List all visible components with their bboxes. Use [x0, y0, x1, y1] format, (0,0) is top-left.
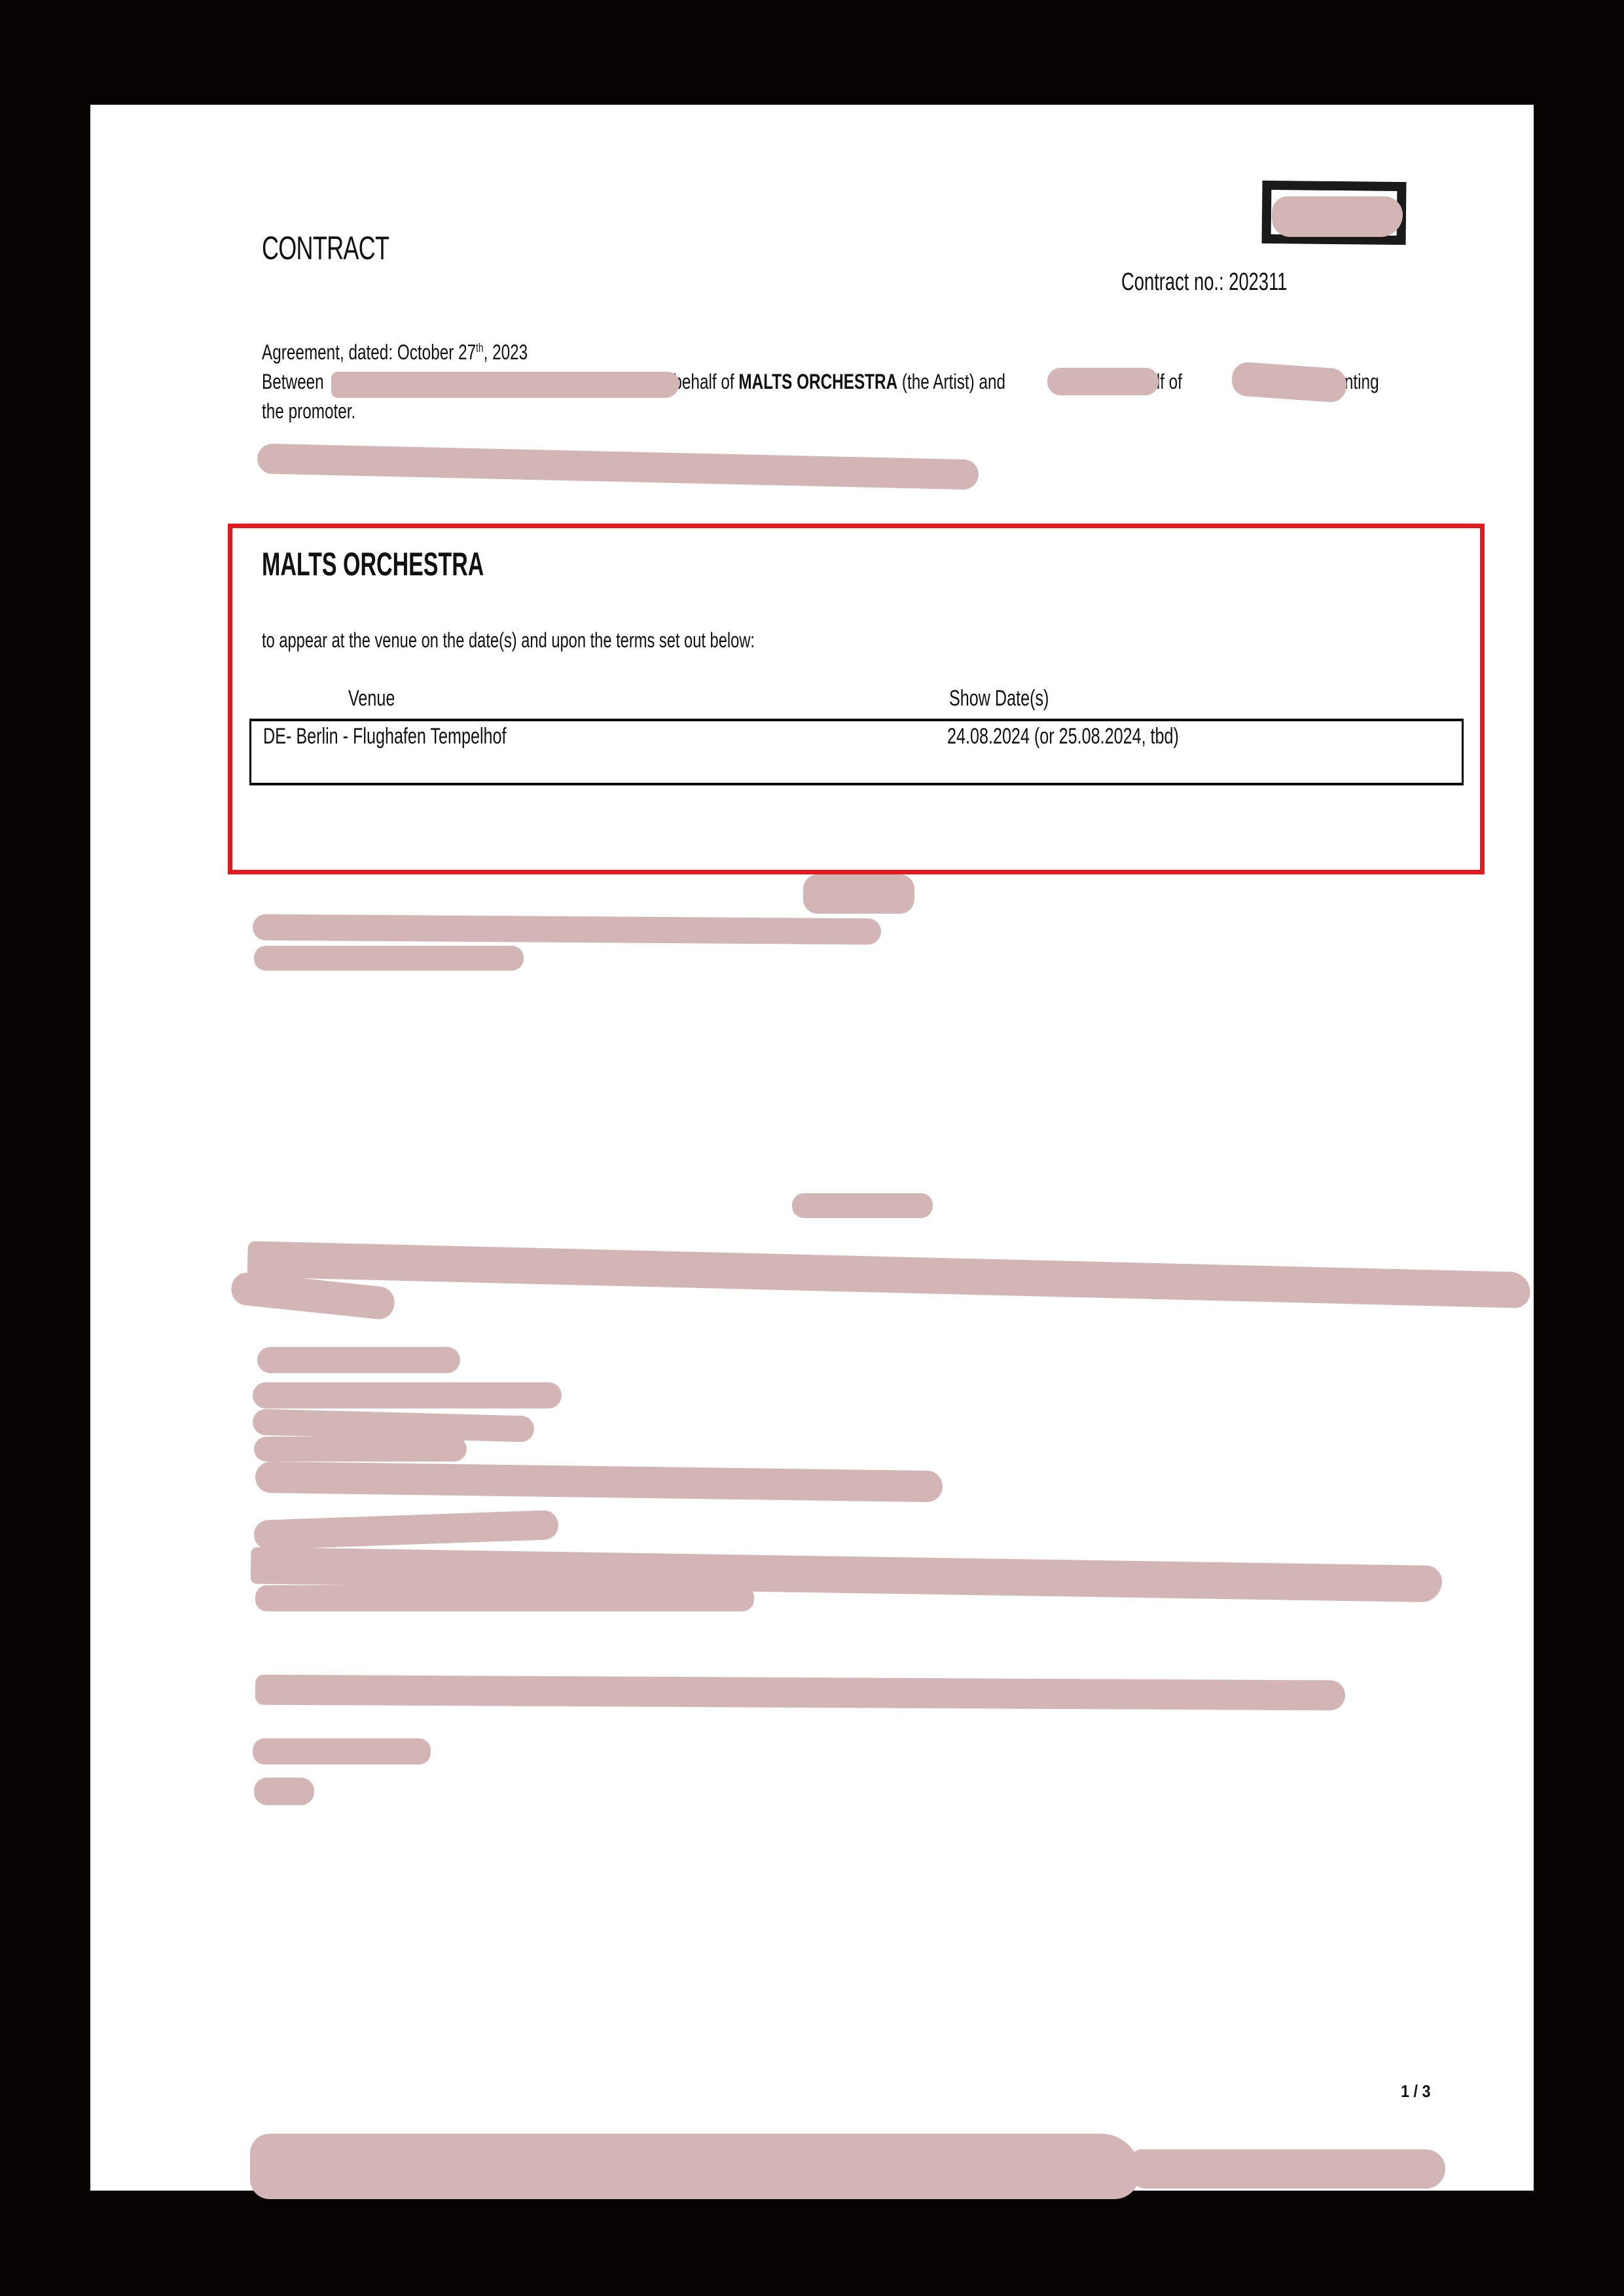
redaction: [257, 1347, 460, 1373]
contract-number: Contract no.: 202311: [1121, 268, 1352, 296]
page-indicator: 1 / 3: [1401, 2081, 1434, 2102]
redaction: [255, 1675, 1345, 1711]
redacted-engagement-line: [257, 444, 979, 490]
agreement-date: Agreement, dated: October 27th, 2023: [262, 340, 611, 365]
redaction: [253, 1382, 562, 1408]
redacted-footer: [250, 2134, 1140, 2199]
redaction: [253, 1510, 558, 1550]
redacted-party-1: [331, 372, 679, 398]
document-title: CONTRACT: [262, 229, 439, 267]
column-header-venue: Venue: [348, 686, 411, 711]
redaction: [803, 874, 914, 914]
artist-heading: MALTS ORCHESTRA: [262, 545, 588, 583]
redaction: [254, 1778, 314, 1805]
redaction: [254, 946, 524, 971]
column-header-show-dates: Show Date(s): [949, 686, 1084, 711]
redacted-party-2: [1047, 368, 1159, 395]
redacted-section-heading: [792, 1193, 933, 1218]
table-cell-venue: DE- Berlin - Flughafen Tempelhof: [263, 724, 592, 749]
redacted-logo: [1272, 196, 1403, 237]
redacted-footer: [1131, 2149, 1445, 2189]
redaction: [255, 1462, 943, 1503]
redaction: [253, 1738, 431, 1765]
promoter-line: the promoter.: [262, 399, 386, 423]
redaction: [255, 1585, 754, 1611]
redacted-party-3: [1231, 361, 1347, 403]
artist-name-inline: MALTS ORCHESTRA: [738, 370, 897, 393]
redaction: [253, 914, 881, 945]
redaction: [247, 1241, 1531, 1308]
document-page: CONTRACT Contract no.: 202311 Agreement,…: [90, 105, 1534, 2191]
table-cell-show-dates: 24.08.2024 (or 25.08.2024, tbd): [947, 724, 1260, 749]
engagement-intro: to appear at the venue on the date(s) an…: [262, 628, 928, 653]
redaction: [254, 1437, 467, 1462]
